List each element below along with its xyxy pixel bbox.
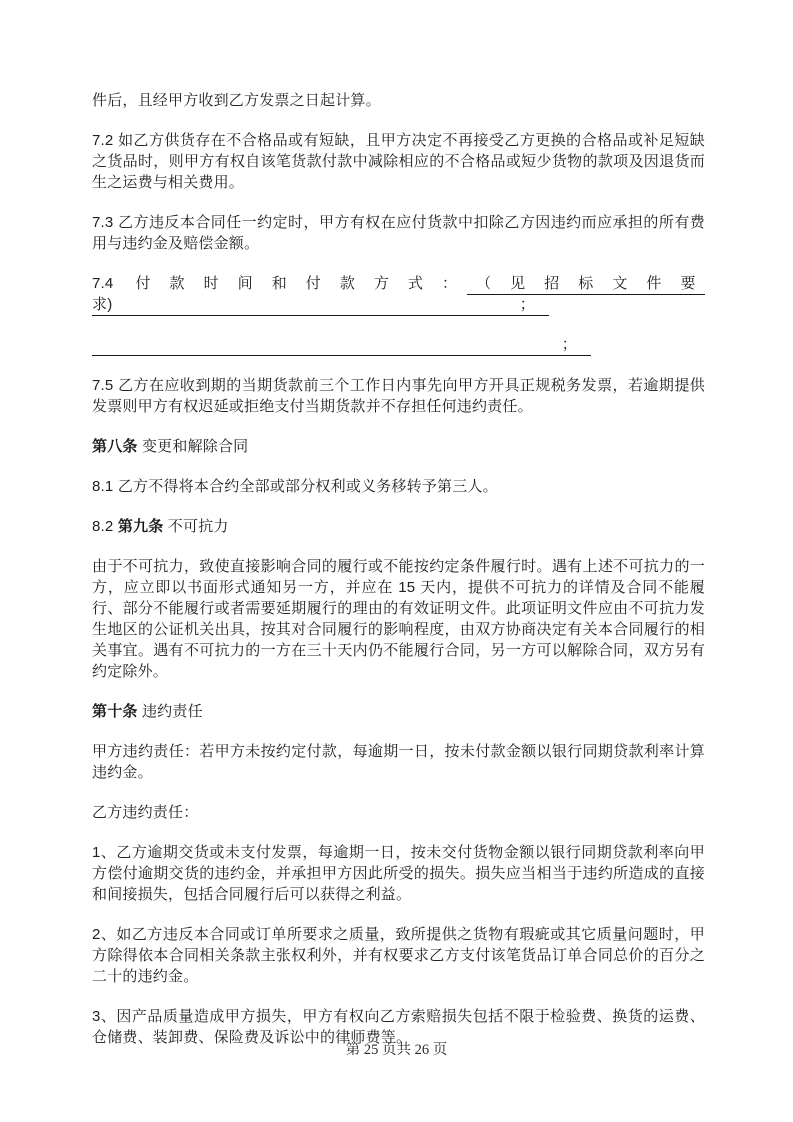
underlined-char: 要 — [671, 273, 705, 294]
distributed-char: 付 — [296, 273, 330, 295]
paragraph: 7.2 如乙方供货存在不合格品或有短缺，且甲方决定不再接受乙方更换的合格品或补足… — [92, 130, 705, 193]
distributed-char: 式 — [399, 273, 433, 295]
underlined-char: 标 — [569, 273, 603, 294]
contract-body: 件后，且经甲方收到乙方发票之日起计算。7.2 如乙方供货存在不合格品或有短缺，且… — [92, 90, 705, 1067]
sub-section-heading: 8.2 第九条 不可抗力 — [92, 516, 705, 537]
underlined-char: 文 — [603, 273, 637, 294]
section-heading: 第八条 变更和解除合同 — [92, 436, 705, 457]
page-number: 第 25 页共 26 页 — [346, 1042, 448, 1058]
underlined-char: 件 — [637, 273, 671, 294]
distributed-char: 方 — [365, 273, 399, 295]
section-number: 第八条 — [92, 438, 138, 455]
distributed-char: 款 — [160, 273, 194, 295]
underlined-char: 见 — [501, 273, 535, 294]
distributed-char: 款 — [330, 273, 364, 295]
wrapped-text: 求) — [92, 294, 112, 315]
paragraph: 乙方违约责任： — [92, 802, 705, 823]
distributed-char: ： — [433, 273, 467, 295]
payment-terms-paragraph: 7.4付款时间和付款方式：（见招标文件要求)； — [92, 273, 705, 316]
semicolon: ； — [520, 294, 535, 315]
paragraph: 8.1 乙方不得将本合约全部或部分权利或义务移转予第三人。 — [92, 476, 705, 497]
section-heading: 第十条 违约责任 — [92, 701, 705, 722]
page-footer: 第 25 页共 26 页 — [0, 1038, 793, 1059]
distributed-char: 付 — [126, 273, 160, 295]
paragraph: 7.5 乙方在应收到期的当期货款前三个工作日内事先向甲方开具正规税务发票，若逾期… — [92, 375, 705, 417]
underlined-fill-text: （见招标文件要 — [467, 273, 705, 295]
paragraph: 件后，且经甲方收到乙方发票之日起计算。 — [92, 90, 705, 111]
underlined-char: （ — [467, 273, 501, 294]
paragraph: 1、乙方逾期交货或未支付发票，每逾期一日，按未交付货物金额以银行同期贷款利率向甲… — [92, 842, 705, 905]
clause-number: 7.4 — [92, 273, 126, 295]
distributed-char: 间 — [228, 273, 262, 295]
paragraph: 由于不可抗力，致使直接影响合同的履行或不能按约定条件履行时。遇有上述不可抗力的一… — [92, 556, 705, 682]
distributed-char: 和 — [262, 273, 296, 295]
blank-fill-line: ； — [92, 335, 591, 356]
distributed-char: 时 — [194, 273, 228, 295]
section-number: 第九条 — [118, 518, 164, 535]
paragraph: 2、如乙方违反本合同或订单所要求之质量，致所提供之货物有瑕疵或其它质量问题时，甲… — [92, 924, 705, 987]
underlined-char: 招 — [535, 273, 569, 294]
paragraph: 7.3 乙方违反本合同任一约定时，甲方有权在应付货款中扣除乙方因违约而应承担的所… — [92, 212, 705, 254]
document-page: 件后，且经甲方收到乙方发票之日起计算。7.2 如乙方供货存在不合格品或有短缺，且… — [0, 0, 793, 1122]
section-number: 第十条 — [92, 703, 138, 720]
payment-terms-distributed-line: 7.4付款时间和付款方式：（见招标文件要 — [92, 273, 705, 295]
payment-terms-fill-line: 求)； — [92, 295, 549, 316]
semicolon: ； — [562, 334, 577, 355]
paragraph: 甲方违约责任：若甲方未按约定付款，每逾期一日，按未付款金额以银行同期贷款利率计算… — [92, 741, 705, 783]
